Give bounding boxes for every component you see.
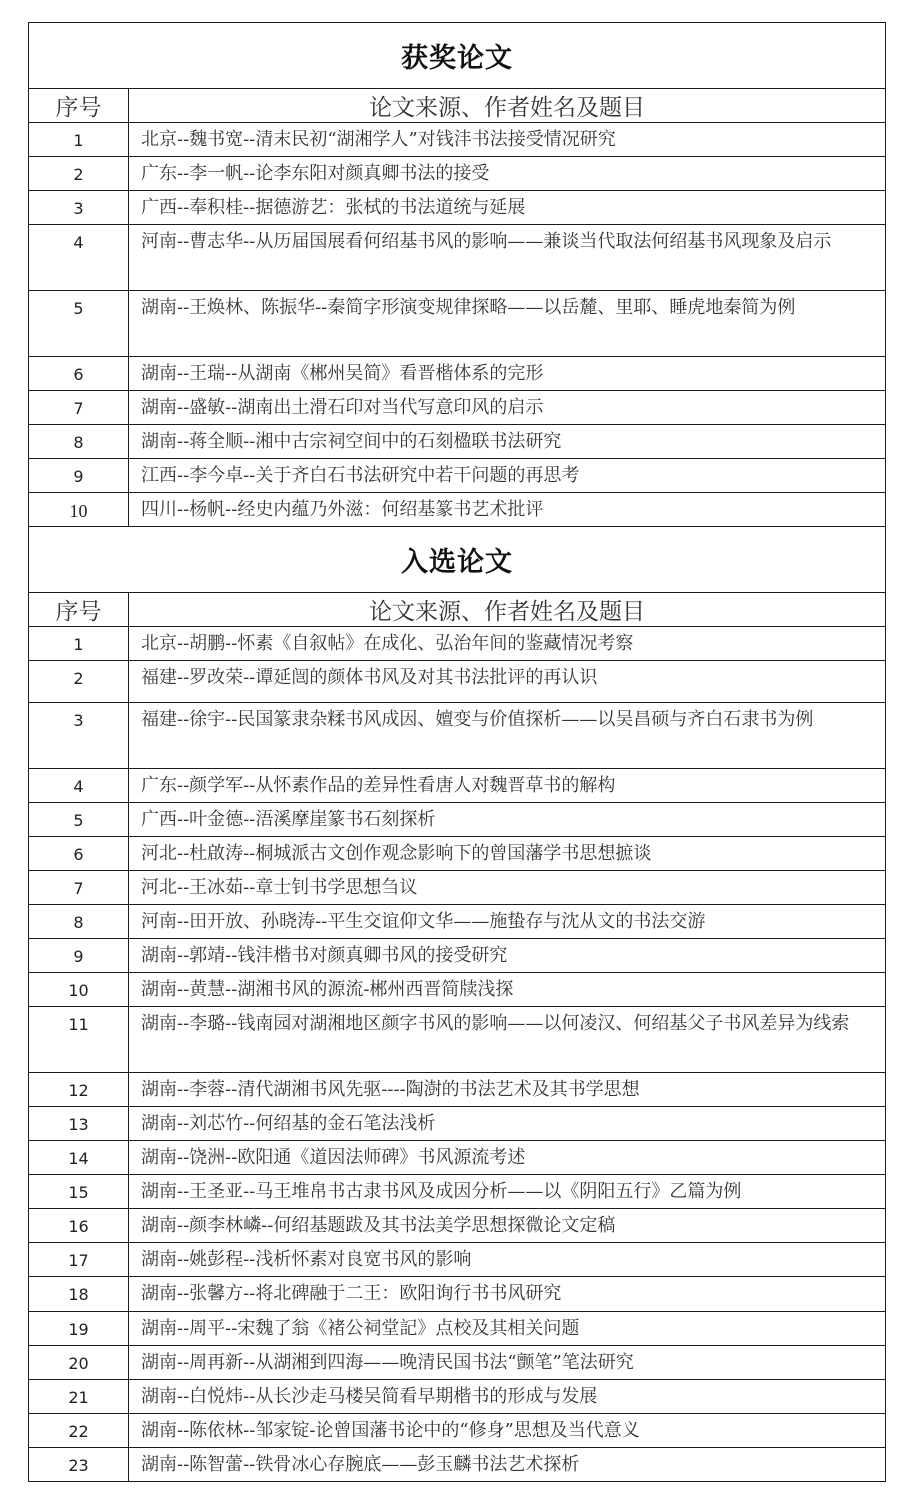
table-row: 2福建--罗改荣--谭延闿的颜体书风及对其书法批评的再认识 [29,661,886,703]
row-text: 河北--王冰茹--章士钊书学思想刍议 [129,871,886,905]
table-row: 22湖南--陈依林--邹家锭-论曾国藩书论中的“修身”思想及当代意义 [29,1414,886,1448]
row-number: 12 [29,1073,129,1107]
table-row: 11湖南--李璐--钱南园对湖湘地区颜字书风的影响——以何凌汉、何绍基父子书风差… [29,1007,886,1073]
row-number: 2 [29,157,129,191]
row-text: 湖南--周平--宋魏了翁《褚公祠堂記》点校及其相关问题 [129,1312,886,1346]
row-number: 18 [29,1277,129,1312]
row-text: 福建--徐宇--民国篆隶杂糅书风成因、嬗变与价值探析——以吴昌硕与齐白石隶书为例 [129,703,886,769]
table-row: 17湖南--姚彭程--浅析怀素对良宽书风的影响 [29,1243,886,1277]
row-text: 湖南--蒋全顺--湘中古宗祠空间中的石刻楹联书法研究 [129,425,886,459]
table-row: 5广西--叶金德--浯溪摩崖篆书石刻探析 [29,803,886,837]
row-text: 湖南--郭靖--钱沣楷书对颜真卿书风的接受研究 [129,939,886,973]
table-row: 18湖南--张馨方--将北碑融于二王：欧阳询行书书风研究 [29,1277,886,1312]
row-text: 河南--曹志华--从历届国展看何绍基书风的影响——兼谈当代取法何绍基书风现象及启… [129,225,886,291]
row-text: 河北--杜啟涛--桐城派古文创作观念影响下的曾国藩学书思想摭谈 [129,837,886,871]
row-number: 6 [29,357,129,391]
selected-section-title: 入选论文 [29,527,886,593]
row-text: 湖南--陈依林--邹家锭-论曾国藩书论中的“修身”思想及当代意义 [129,1414,886,1448]
table-row: 7河北--王冰茹--章士钊书学思想刍议 [29,871,886,905]
row-number: 16 [29,1209,129,1243]
row-number: 20 [29,1346,129,1380]
row-text: 广东--李一帆--论李东阳对颜真卿书法的接受 [129,157,886,191]
table-row: 21湖南--白悦炜--从长沙走马楼吴简看早期楷书的形成与发展 [29,1380,886,1414]
row-text: 湖南--周再新--从湖湘到四海——晚清民国书法“颤笔”笔法研究 [129,1346,886,1380]
row-text: 江西--李今卓--关于齐白石书法研究中若干问题的再思考 [129,459,886,493]
header-title: 论文来源、作者姓名及题目 [129,593,886,627]
row-text: 湖南--张馨方--将北碑融于二王：欧阳询行书书风研究 [129,1277,886,1312]
row-number: 3 [29,191,129,225]
paper-list-document: 获奖论文 序号 论文来源、作者姓名及题目 1北京--魏书宽--清末民初“湖湘学人… [28,22,885,1482]
row-text: 湖南--颜李林嶙--何绍基题跋及其书法美学思想探微论文定稿 [129,1209,886,1243]
row-number: 9 [29,459,129,493]
row-text: 湖南--黄慧--湖湘书风的源流-郴州西晋简牍浅探 [129,973,886,1007]
row-text: 河南--田开放、孙晓涛--平生交谊仰文华——施蛰存与沈从文的书法交游 [129,905,886,939]
header-row: 序号 论文来源、作者姓名及题目 [29,89,886,123]
row-number: 4 [29,769,129,803]
table-row: 10湖南--黄慧--湖湘书风的源流-郴州西晋简牍浅探 [29,973,886,1007]
table-row: 19湖南--周平--宋魏了翁《褚公祠堂記》点校及其相关问题 [29,1312,886,1346]
row-text: 湖南--姚彭程--浅析怀素对良宽书风的影响 [129,1243,886,1277]
table-row: 7湖南--盛敏--湖南出土滑石印对当代写意印风的启示 [29,391,886,425]
table-row: 3广西--奉积桂--据德游艺：张栻的书法道统与延展 [29,191,886,225]
table-row: 9湖南--郭靖--钱沣楷书对颜真卿书风的接受研究 [29,939,886,973]
row-number: 8 [29,905,129,939]
row-number: 9 [29,939,129,973]
row-number: 8 [29,425,129,459]
row-number: 23 [29,1448,129,1482]
row-text: 福建--罗改荣--谭延闿的颜体书风及对其书法批评的再认识 [129,661,886,703]
table-row: 5湖南--王焕林、陈振华--秦简字形演变规律探略——以岳麓、里耶、睡虎地秦简为例 [29,291,886,357]
table-row: 16湖南--颜李林嶙--何绍基题跋及其书法美学思想探微论文定稿 [29,1209,886,1243]
row-number: 17 [29,1243,129,1277]
row-text: 湖南--李璐--钱南园对湖湘地区颜字书风的影响——以何凌汉、何绍基父子书风差异为… [129,1007,886,1073]
table-row: 6河北--杜啟涛--桐城派古文创作观念影响下的曾国藩学书思想摭谈 [29,837,886,871]
row-number: 14 [29,1141,129,1175]
paper-list-table: 获奖论文 序号 论文来源、作者姓名及题目 1北京--魏书宽--清末民初“湖湘学人… [28,22,886,1482]
row-number: 22 [29,1414,129,1448]
table-row: 13湖南--刘芯竹--何绍基的金石笔法浅析 [29,1107,886,1141]
row-number: 5 [29,803,129,837]
row-number: 7 [29,871,129,905]
row-text: 湖南--饶洲--欧阳通《道因法师碑》书风源流考述 [129,1141,886,1175]
header-number: 序号 [29,89,129,123]
row-text: 湖南--刘芯竹--何绍基的金石笔法浅析 [129,1107,886,1141]
row-number: 1 [29,123,129,157]
row-text: 广西--叶金德--浯溪摩崖篆书石刻探析 [129,803,886,837]
row-number: 3 [29,703,129,769]
table-row: 4河南--曹志华--从历届国展看何绍基书风的影响——兼谈当代取法何绍基书风现象及… [29,225,886,291]
section-title-row: 获奖论文 [29,23,886,89]
row-text: 湖南--盛敏--湖南出土滑石印对当代写意印风的启示 [129,391,886,425]
row-number: 7 [29,391,129,425]
row-number: 11 [29,1007,129,1073]
table-row: 3福建--徐宇--民国篆隶杂糅书风成因、嬗变与价值探析——以吴昌硕与齐白石隶书为… [29,703,886,769]
row-number: 1 [29,627,129,661]
row-text: 广西--奉积桂--据德游艺：张栻的书法道统与延展 [129,191,886,225]
table-row: 8河南--田开放、孙晓涛--平生交谊仰文华——施蛰存与沈从文的书法交游 [29,905,886,939]
row-number: 4 [29,225,129,291]
row-text: 北京--魏书宽--清末民初“湖湘学人”对钱沣书法接受情况研究 [129,123,886,157]
row-text: 广东--颜学军--从怀素作品的差异性看唐人对魏晋草书的解构 [129,769,886,803]
row-text: 湖南--王焕林、陈振华--秦简字形演变规律探略——以岳麓、里耶、睡虎地秦简为例 [129,291,886,357]
table-row: 4广东--颜学军--从怀素作品的差异性看唐人对魏晋草书的解构 [29,769,886,803]
header-number: 序号 [29,593,129,627]
row-number: 10 [29,493,129,527]
table-row: 10四川--杨帆--经史内蕴乃外滋：何绍基篆书艺术批评 [29,493,886,527]
section-title-row: 入选论文 [29,527,886,593]
table-row: 12湖南--李蓉--清代湖湘书风先驱----陶澍的书法艺术及其书学思想 [29,1073,886,1107]
table-row: 14湖南--饶洲--欧阳通《道因法师碑》书风源流考述 [29,1141,886,1175]
row-text: 北京--胡鹏--怀素《自叙帖》在成化、弘治年间的鉴藏情况考察 [129,627,886,661]
table-row: 2广东--李一帆--论李东阳对颜真卿书法的接受 [29,157,886,191]
header-row: 序号 论文来源、作者姓名及题目 [29,593,886,627]
table-row: 20湖南--周再新--从湖湘到四海——晚清民国书法“颤笔”笔法研究 [29,1346,886,1380]
table-row: 6湖南--王瑞--从湖南《郴州吴简》看晋楷体系的完形 [29,357,886,391]
row-text: 湖南--白悦炜--从长沙走马楼吴简看早期楷书的形成与发展 [129,1380,886,1414]
table-row: 1北京--魏书宽--清末民初“湖湘学人”对钱沣书法接受情况研究 [29,123,886,157]
row-text: 四川--杨帆--经史内蕴乃外滋：何绍基篆书艺术批评 [129,493,886,527]
row-text: 湖南--陈智蕾--铁骨冰心存腕底——彭玉麟书法艺术探析 [129,1448,886,1482]
row-number: 10 [29,973,129,1007]
table-row: 9江西--李今卓--关于齐白石书法研究中若干问题的再思考 [29,459,886,493]
row-number: 5 [29,291,129,357]
row-number: 2 [29,661,129,703]
header-title: 论文来源、作者姓名及题目 [129,89,886,123]
table-row: 8湖南--蒋全顺--湘中古宗祠空间中的石刻楹联书法研究 [29,425,886,459]
row-number: 6 [29,837,129,871]
row-text: 湖南--李蓉--清代湖湘书风先驱----陶澍的书法艺术及其书学思想 [129,1073,886,1107]
row-number: 21 [29,1380,129,1414]
row-text: 湖南--王瑞--从湖南《郴州吴简》看晋楷体系的完形 [129,357,886,391]
row-number: 13 [29,1107,129,1141]
table-row: 15湖南--王圣亚--马王堆帛书古隶书风及成因分析——以《阴阳五行》乙篇为例 [29,1175,886,1209]
row-number: 15 [29,1175,129,1209]
row-text: 湖南--王圣亚--马王堆帛书古隶书风及成因分析——以《阴阳五行》乙篇为例 [129,1175,886,1209]
row-number: 19 [29,1312,129,1346]
table-row: 23湖南--陈智蕾--铁骨冰心存腕底——彭玉麟书法艺术探析 [29,1448,886,1482]
awarded-section-title: 获奖论文 [29,23,886,89]
table-row: 1北京--胡鹏--怀素《自叙帖》在成化、弘治年间的鉴藏情况考察 [29,627,886,661]
